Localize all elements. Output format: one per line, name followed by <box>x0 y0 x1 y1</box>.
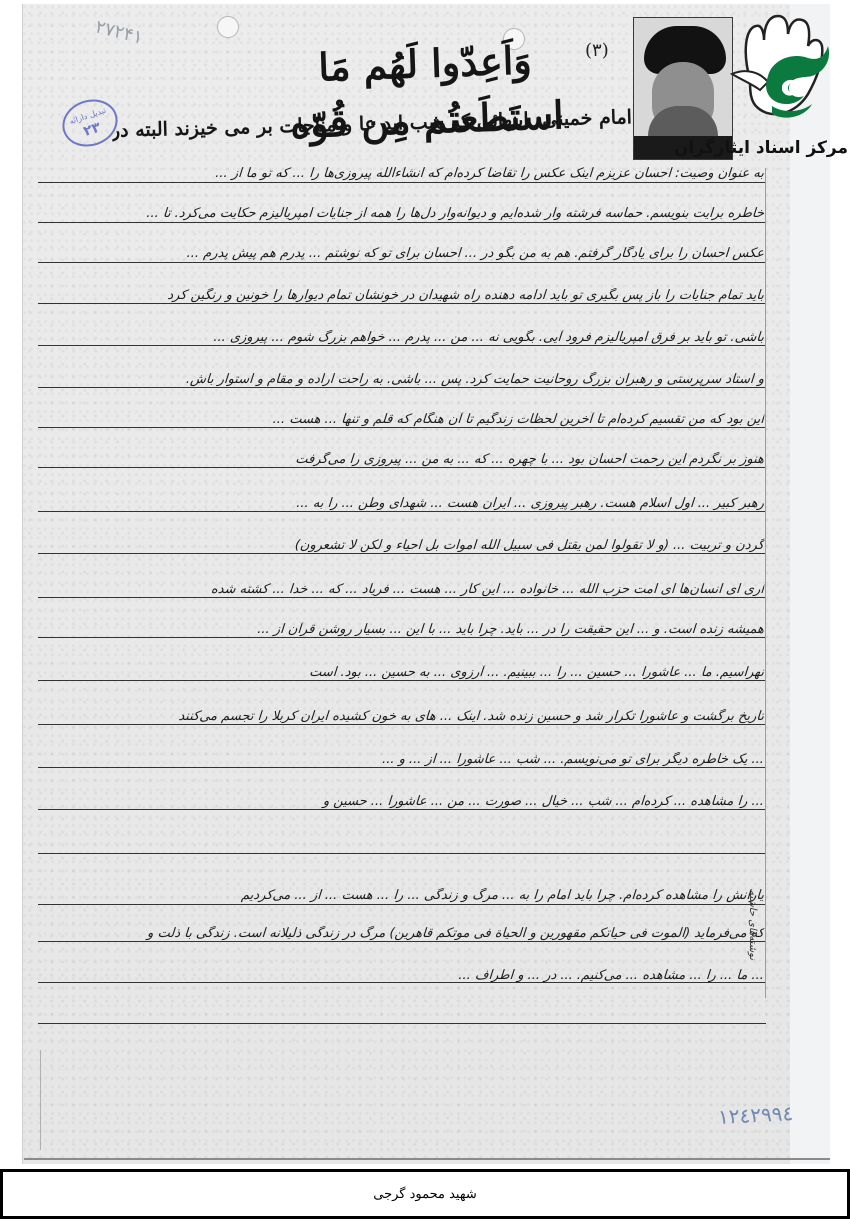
margin-line <box>40 1050 41 1150</box>
ruled-line <box>38 345 766 346</box>
scan-margin <box>790 4 830 1164</box>
caption-box: شهید محمود گرجی <box>0 1169 850 1219</box>
margin-line <box>765 168 766 998</box>
ruled-line <box>38 809 766 810</box>
ruled-line <box>38 262 766 263</box>
punch-hole <box>217 16 239 38</box>
ruled-line <box>38 467 766 468</box>
handwritten-line: باشی. تو باید بر فرق امپریالیزم فرود آیی… <box>33 330 764 345</box>
archive-number: ١٢٤٢٩٩٤ <box>717 1101 793 1129</box>
ruled-line <box>38 680 766 681</box>
handwritten-line: به عنوان وصیت: احسان عزیزم اینک عکس را ت… <box>33 166 764 181</box>
handwritten-line: گردن و تربیت ... (و لا تقولوا لمن یقتل ف… <box>33 538 764 553</box>
handwritten-line: ... را مشاهده ... کرده‌ام ... شب ... خیا… <box>33 794 764 809</box>
ruled-line <box>38 303 766 304</box>
handwritten-line: نهراسیم. ما ... عاشورا ... حسین ... را .… <box>33 665 764 680</box>
ruled-line <box>38 724 766 725</box>
handwritten-line: ... یک خاطره دیگر برای تو می‌نویسم. ... … <box>33 752 764 767</box>
organization-logo-icon <box>712 10 844 140</box>
martyr-name-caption: شهید محمود گرجی <box>373 1187 477 1202</box>
handwritten-line: یارانش را مشاهده کرده‌ام. چرا باید امام … <box>33 888 764 903</box>
handwritten-line: رهبر کبیر ... اول اسلام هست. رهبر پیروزی… <box>33 496 764 511</box>
ruled-line <box>38 511 766 512</box>
handwritten-line: همیشه زنده است. و ... این حقیقت را در ..… <box>33 622 764 637</box>
ruled-line <box>38 904 766 905</box>
ruled-line <box>38 941 766 942</box>
ruled-line <box>38 222 766 223</box>
handwritten-line: و استاد سرپرستی و رهبران بزرگ روحانیت حم… <box>33 372 764 387</box>
ruled-line <box>38 427 766 428</box>
ruled-line <box>38 553 766 554</box>
handwritten-line: عکس احسان را برای یادگار گرفتم. هم به من… <box>33 246 764 261</box>
handwritten-line: تاریخ برگشت و عاشورا تکرار شد و حسین زند… <box>33 709 764 724</box>
margin-note: نوشته‌های حاشیه <box>742 850 758 960</box>
handwritten-line: خاطره برایت بنویسم. حماسه فرشته وار شده‌… <box>33 206 764 221</box>
scan-edge <box>24 1158 830 1160</box>
ruled-line <box>38 597 766 598</box>
ruled-line <box>38 182 766 183</box>
handwritten-line: ... ما ... را ... مشاهده ... می‌کنیم. ..… <box>33 968 764 983</box>
handwritten-line: این بود که من تقسیم کرده‌ام تا آخرین لحظ… <box>33 412 764 427</box>
verse-heading: وَاَعِدّوا لَهُم مَا استَطَعتُم مِن قُوّ… <box>254 30 596 98</box>
page-marker: (۳) <box>585 40 609 61</box>
ruled-line <box>38 853 766 854</box>
handwritten-line: که می‌فرماید (الموت فی حیاتکم مقهورین و … <box>33 926 764 941</box>
handwritten-line: هنوز بر نگردم این رحمت احسان بود ... با … <box>33 452 764 467</box>
handwritten-line: آری ای انسان‌ها ای امت حزب الله ... خانو… <box>33 582 764 597</box>
ruled-line <box>38 1023 766 1024</box>
ruled-line <box>38 637 766 638</box>
organization-name: مرکز اسناد ایثارگران <box>718 138 848 158</box>
ruled-line <box>38 767 766 768</box>
ruled-line <box>38 387 766 388</box>
handwritten-line: باید تمام جنایات را باز پس بگیری تو باید… <box>33 288 764 303</box>
